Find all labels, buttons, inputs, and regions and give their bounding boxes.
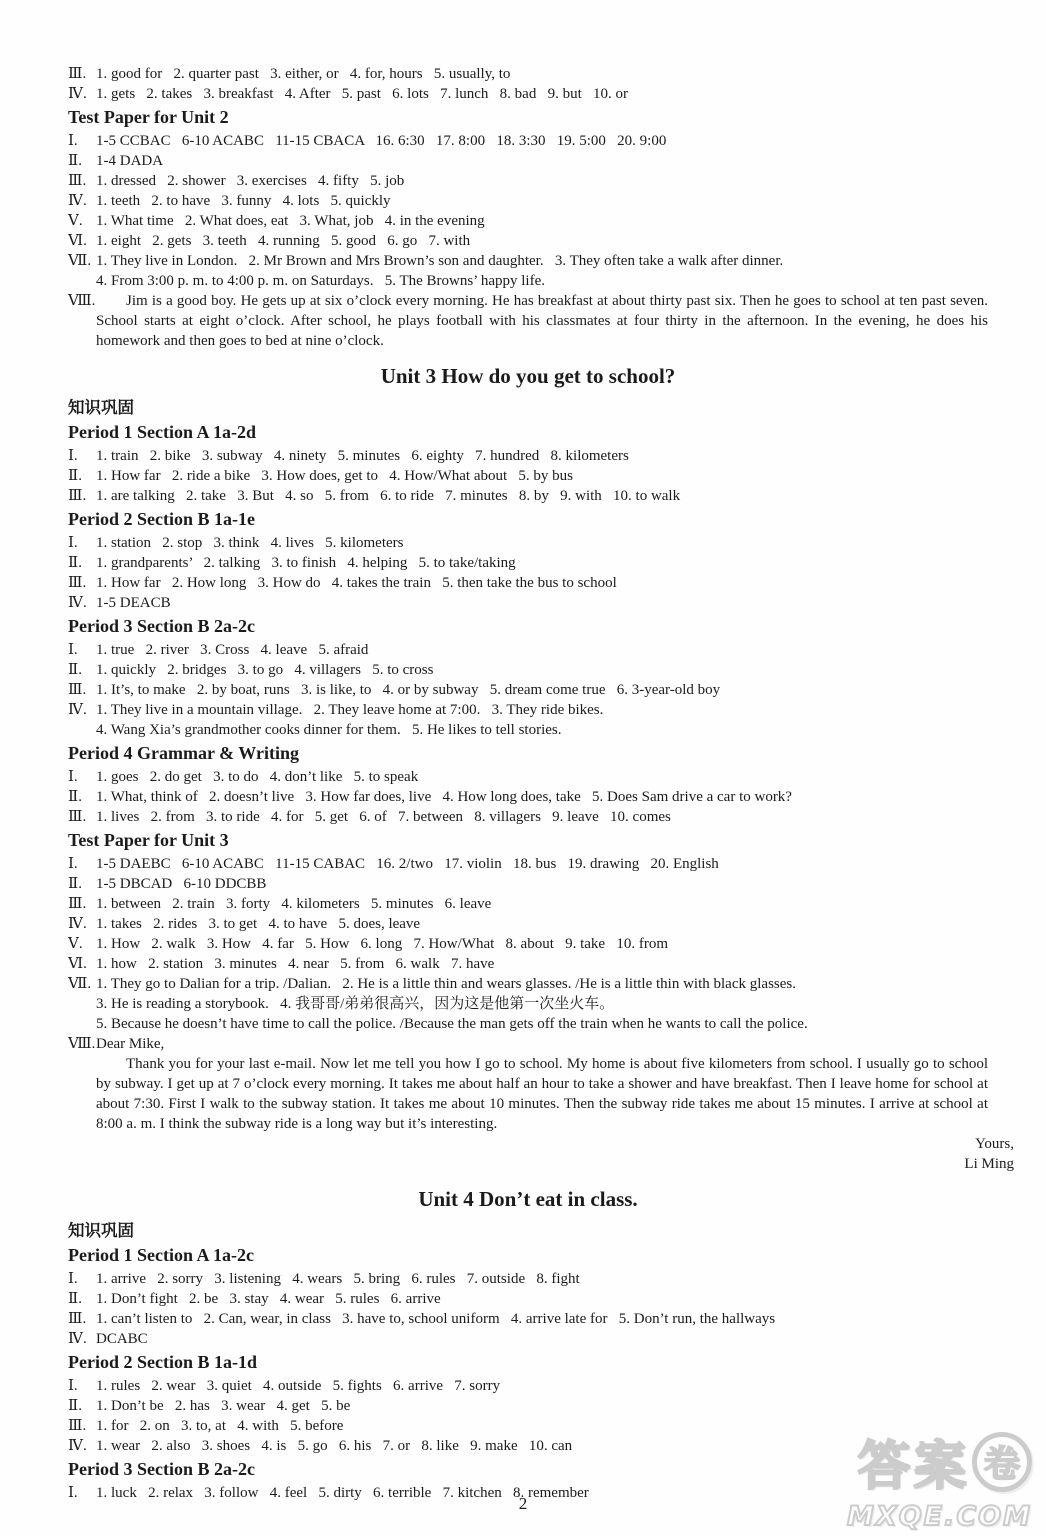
roman-numeral-marker: Ⅴ. <box>68 211 96 231</box>
roman-numeral-marker: Ⅰ. <box>68 1269 96 1289</box>
answer-line: Ⅲ.1. How far 2. How long 3. How do 4. ta… <box>68 573 988 593</box>
knowledge-heading: 知识巩固 <box>68 397 988 419</box>
answer-text: 1. true 2. river 3. Cross 4. leave 5. af… <box>96 642 368 658</box>
roman-numeral-marker: Ⅰ. <box>68 131 96 151</box>
roman-numeral-marker: Ⅳ. <box>68 593 96 613</box>
answer-line: Ⅳ.1. gets 2. takes 3. breakfast 4. After… <box>68 84 988 104</box>
answer-text: 1. quickly 2. bridges 3. to go 4. villag… <box>96 662 433 678</box>
answer-line: Ⅲ.1. dressed 2. shower 3. exercises 4. f… <box>68 171 988 191</box>
answer-line: Ⅱ.1. grandparents’ 2. talking 3. to fini… <box>68 553 988 573</box>
answer-text: 1. how 2. station 3. minutes 4. near 5. … <box>96 956 494 972</box>
answer-text: 1. Don’t fight 2. be 3. stay 4. wear 5. … <box>96 1291 441 1307</box>
watermark-brand-text: 答案 <box>858 1424 970 1499</box>
answer-text: 1. are talking 2. take 3. But 4. so 5. f… <box>96 488 680 504</box>
answer-line: Ⅱ.1. Don’t be 2. has 3. wear 4. get 5. b… <box>68 1396 988 1416</box>
answer-text: 1. wear 2. also 3. shoes 4. is 5. go 6. … <box>96 1438 572 1454</box>
answer-text: 1. station 2. stop 3. think 4. lives 5. … <box>96 535 404 551</box>
content-blocks: Ⅲ.1. good for 2. quarter past 3. either,… <box>0 0 1046 1503</box>
roman-numeral-marker: Ⅶ. <box>68 974 96 994</box>
section-heading: Test Paper for Unit 3 <box>68 828 988 853</box>
answer-line: Ⅶ.1. They live in London. 2. Mr Brown an… <box>68 251 988 271</box>
signoff-line: Li Ming <box>68 1154 1014 1174</box>
answer-line: Ⅱ.1. Don’t fight 2. be 3. stay 4. wear 5… <box>68 1289 988 1309</box>
answer-line: Ⅳ.1. takes 2. rides 3. to get 4. to have… <box>68 914 988 934</box>
answer-line: Ⅲ.1. It’s, to make 2. by boat, runs 3. i… <box>68 680 988 700</box>
continuation-line: 4. Wang Xia’s grandmother cooks dinner f… <box>68 720 988 740</box>
continuation-line: 3. He is reading a storybook. 4. 我哥哥/弟弟很… <box>68 994 988 1014</box>
roman-numeral-marker: Ⅳ. <box>68 191 96 211</box>
answer-line: Ⅱ.1. quickly 2. bridges 3. to go 4. vill… <box>68 660 988 680</box>
roman-numeral-marker: Ⅲ. <box>68 486 96 506</box>
unit-title: Unit 4 Don’t eat in class. <box>68 1184 988 1214</box>
answer-line: Ⅱ.1-5 DBCAD 6-10 DDCBB <box>68 874 988 894</box>
answer-text: 1-5 DAEBC 6-10 ACABC 11-15 CABAC 16. 2/t… <box>96 856 719 872</box>
answer-text: 1. How far 2. How long 3. How do 4. take… <box>96 575 617 591</box>
answer-line: Ⅲ.1. lives 2. from 3. to ride 4. for 5. … <box>68 807 988 827</box>
letter-paragraph: Thank you for your last e-mail. Now let … <box>68 1054 988 1134</box>
roman-numeral-marker: Ⅰ. <box>68 446 96 466</box>
answer-text: 1. can’t listen to 2. Can, wear, in clas… <box>96 1311 775 1327</box>
roman-numeral-marker: Ⅵ. <box>68 231 96 251</box>
roman-numeral-marker: Ⅷ. <box>68 1034 96 1054</box>
answer-text: 1-5 DBCAD 6-10 DDCBB <box>96 876 266 892</box>
section-heading: Period 2 Section B 1a-1e <box>68 507 988 532</box>
answer-line: Ⅱ.1-4 DADA <box>68 151 988 171</box>
section-heading: Period 1 Section A 1a-2c <box>68 1243 988 1268</box>
answer-text: 1. between 2. train 3. forty 4. kilomete… <box>96 896 491 912</box>
roman-numeral-marker: Ⅲ. <box>68 1416 96 1436</box>
answer-text: 1. for 2. on 3. to, at 4. with 5. before <box>96 1418 343 1434</box>
continuation-line: 5. Because he doesn’t have time to call … <box>68 1014 988 1034</box>
section-heading: Test Paper for Unit 2 <box>68 105 988 130</box>
answer-line: Ⅲ.1. are talking 2. take 3. But 4. so 5.… <box>68 486 988 506</box>
answer-line: Ⅲ.1. good for 2. quarter past 3. either,… <box>68 64 988 84</box>
answer-line: Ⅰ.1. station 2. stop 3. think 4. lives 5… <box>68 533 988 553</box>
section-heading: Period 2 Section B 1a-1d <box>68 1350 988 1375</box>
watermark-brand: 答案 卷 <box>847 1424 1032 1499</box>
roman-numeral-marker: Ⅲ. <box>68 680 96 700</box>
roman-numeral-marker: Ⅳ. <box>68 1436 96 1456</box>
answer-text: 1. lives 2. from 3. to ride 4. for 5. ge… <box>96 809 671 825</box>
answer-line: Ⅷ.Dear Mike, <box>68 1034 988 1054</box>
answer-line: Ⅳ.DCABC <box>68 1329 988 1349</box>
answer-text: 1. dressed 2. shower 3. exercises 4. fif… <box>96 173 404 189</box>
answer-line: Ⅰ.1-5 DAEBC 6-10 ACABC 11-15 CABAC 16. 2… <box>68 854 988 874</box>
answer-line: Ⅰ.1. rules 2. wear 3. quiet 4. outside 5… <box>68 1376 988 1396</box>
watermark-circle-char: 卷 <box>984 1436 1020 1487</box>
roman-numeral-marker: Ⅱ. <box>68 1289 96 1309</box>
roman-numeral-marker: Ⅲ. <box>68 171 96 191</box>
watermark-site-text: MXQE.COM <box>847 1501 1032 1532</box>
roman-numeral-marker: Ⅱ. <box>68 1396 96 1416</box>
answer-text: 1. Don’t be 2. has 3. wear 4. get 5. be <box>96 1398 350 1414</box>
answer-text: 1. They live in London. 2. Mr Brown and … <box>96 253 783 269</box>
answer-text: 1. takes 2. rides 3. to get 4. to have 5… <box>96 916 420 932</box>
roman-numeral-marker: Ⅰ. <box>68 640 96 660</box>
answer-line: Ⅳ.1. They live in a mountain village. 2.… <box>68 700 988 720</box>
roman-numeral-marker: Ⅵ. <box>68 954 96 974</box>
roman-numeral-marker: Ⅰ. <box>68 854 96 874</box>
roman-numeral-marker: Ⅷ. <box>68 291 96 351</box>
roman-numeral-marker: Ⅶ. <box>68 251 96 271</box>
answer-line: Ⅰ.1-5 CCBAC 6-10 ACABC 11-15 CBACA 16. 6… <box>68 131 988 151</box>
roman-numeral-marker: Ⅱ. <box>68 466 96 486</box>
answer-line: Ⅵ.1. how 2. station 3. minutes 4. near 5… <box>68 954 988 974</box>
roman-numeral-marker: Ⅱ. <box>68 874 96 894</box>
answer-text: Jim is a good boy. He gets up at six o’c… <box>96 291 988 351</box>
answer-text: 1. gets 2. takes 3. breakfast 4. After 5… <box>96 86 628 102</box>
roman-numeral-marker: Ⅲ. <box>68 64 96 84</box>
answer-text: 1. eight 2. gets 3. teeth 4. running 5. … <box>96 233 470 249</box>
answer-text: 1. How 2. walk 3. How 4. far 5. How 6. l… <box>96 936 668 952</box>
answer-text: 1. good for 2. quarter past 3. either, o… <box>96 66 510 82</box>
knowledge-heading: 知识巩固 <box>68 1220 988 1242</box>
section-heading: Period 3 Section B 2a-2c <box>68 614 988 639</box>
continuation-line: 4. From 3:00 p. m. to 4:00 p. m. on Satu… <box>68 271 988 291</box>
roman-numeral-marker: Ⅲ. <box>68 894 96 914</box>
unit-title: Unit 3 How do you get to school? <box>68 361 988 391</box>
answer-paragraph: Ⅷ.Jim is a good boy. He gets up at six o… <box>68 291 988 351</box>
answer-line: Ⅰ.1. train 2. bike 3. subway 4. ninety 5… <box>68 446 988 466</box>
section-heading: Period 1 Section A 1a-2d <box>68 420 988 445</box>
answer-line: Ⅰ.1. goes 2. do get 3. to do 4. don’t li… <box>68 767 988 787</box>
roman-numeral-marker: Ⅴ. <box>68 934 96 954</box>
answer-text: 1. goes 2. do get 3. to do 4. don’t like… <box>96 769 418 785</box>
roman-numeral-marker: Ⅲ. <box>68 573 96 593</box>
roman-numeral-marker: Ⅳ. <box>68 914 96 934</box>
roman-numeral-marker: Ⅱ. <box>68 787 96 807</box>
roman-numeral-marker: Ⅰ. <box>68 533 96 553</box>
answer-line: Ⅱ.1. How far 2. ride a bike 3. How does,… <box>68 466 988 486</box>
roman-numeral-marker: Ⅲ. <box>68 1309 96 1329</box>
roman-numeral-marker: Ⅳ. <box>68 1329 96 1349</box>
answer-text: 1. What time 2. What does, eat 3. What, … <box>96 213 485 229</box>
answer-line: Ⅴ.1. How 2. walk 3. How 4. far 5. How 6.… <box>68 934 988 954</box>
answer-line: Ⅲ.1. between 2. train 3. forty 4. kilome… <box>68 894 988 914</box>
signoff-line: Yours, <box>68 1134 1014 1154</box>
answer-text: 1. train 2. bike 3. subway 4. ninety 5. … <box>96 448 629 464</box>
answer-line: Ⅳ.1-5 DEACB <box>68 593 988 613</box>
answer-text: 1. arrive 2. sorry 3. listening 4. wears… <box>96 1271 580 1287</box>
answer-text: 1-5 CCBAC 6-10 ACABC 11-15 CBACA 16. 6:3… <box>96 133 666 149</box>
answer-line: Ⅳ.1. teeth 2. to have 3. funny 4. lots 5… <box>68 191 988 211</box>
roman-numeral-marker: Ⅰ. <box>68 1376 96 1396</box>
answer-text: 1. teeth 2. to have 3. funny 4. lots 5. … <box>96 193 391 209</box>
roman-numeral-marker: Ⅰ. <box>68 767 96 787</box>
answer-text: 1. How far 2. ride a bike 3. How does, g… <box>96 468 573 484</box>
answer-text: Dear Mike, <box>96 1036 164 1052</box>
roman-numeral-marker: Ⅲ. <box>68 807 96 827</box>
section-heading: Period 4 Grammar & Writing <box>68 741 988 766</box>
answer-text: 1. rules 2. wear 3. quiet 4. outside 5. … <box>96 1378 500 1394</box>
answer-text: 1-5 DEACB <box>96 595 171 611</box>
answer-line: Ⅱ.1. What, think of 2. doesn’t live 3. H… <box>68 787 988 807</box>
roman-numeral-marker: Ⅱ. <box>68 660 96 680</box>
roman-numeral-marker: Ⅱ. <box>68 151 96 171</box>
answer-line: Ⅰ.1. true 2. river 3. Cross 4. leave 5. … <box>68 640 988 660</box>
answer-key-page: Ⅲ.1. good for 2. quarter past 3. either,… <box>0 0 1046 1536</box>
answer-text: 1-4 DADA <box>96 153 163 169</box>
watermark-circle-logo: 卷 <box>972 1432 1032 1492</box>
answer-text: 1. It’s, to make 2. by boat, runs 3. is … <box>96 682 720 698</box>
answer-text: 1. What, think of 2. doesn’t live 3. How… <box>96 789 792 805</box>
answer-line: Ⅰ.1. arrive 2. sorry 3. listening 4. wea… <box>68 1269 988 1289</box>
answer-line: Ⅶ.1. They go to Dalian for a trip. /Dali… <box>68 974 988 994</box>
answer-text: 1. They go to Dalian for a trip. /Dalian… <box>96 976 796 992</box>
answer-line: Ⅴ.1. What time 2. What does, eat 3. What… <box>68 211 988 231</box>
roman-numeral-marker: Ⅱ. <box>68 553 96 573</box>
answer-text: DCABC <box>96 1331 148 1347</box>
answer-text: 1. They live in a mountain village. 2. T… <box>96 702 603 718</box>
roman-numeral-marker: Ⅳ. <box>68 700 96 720</box>
watermark: 答案 卷 MXQE.COM <box>847 1424 1032 1532</box>
answer-line: Ⅵ.1. eight 2. gets 3. teeth 4. running 5… <box>68 231 988 251</box>
answer-text: 1. grandparents’ 2. talking 3. to finish… <box>96 555 516 571</box>
roman-numeral-marker: Ⅳ. <box>68 84 96 104</box>
answer-line: Ⅲ.1. can’t listen to 2. Can, wear, in cl… <box>68 1309 988 1329</box>
